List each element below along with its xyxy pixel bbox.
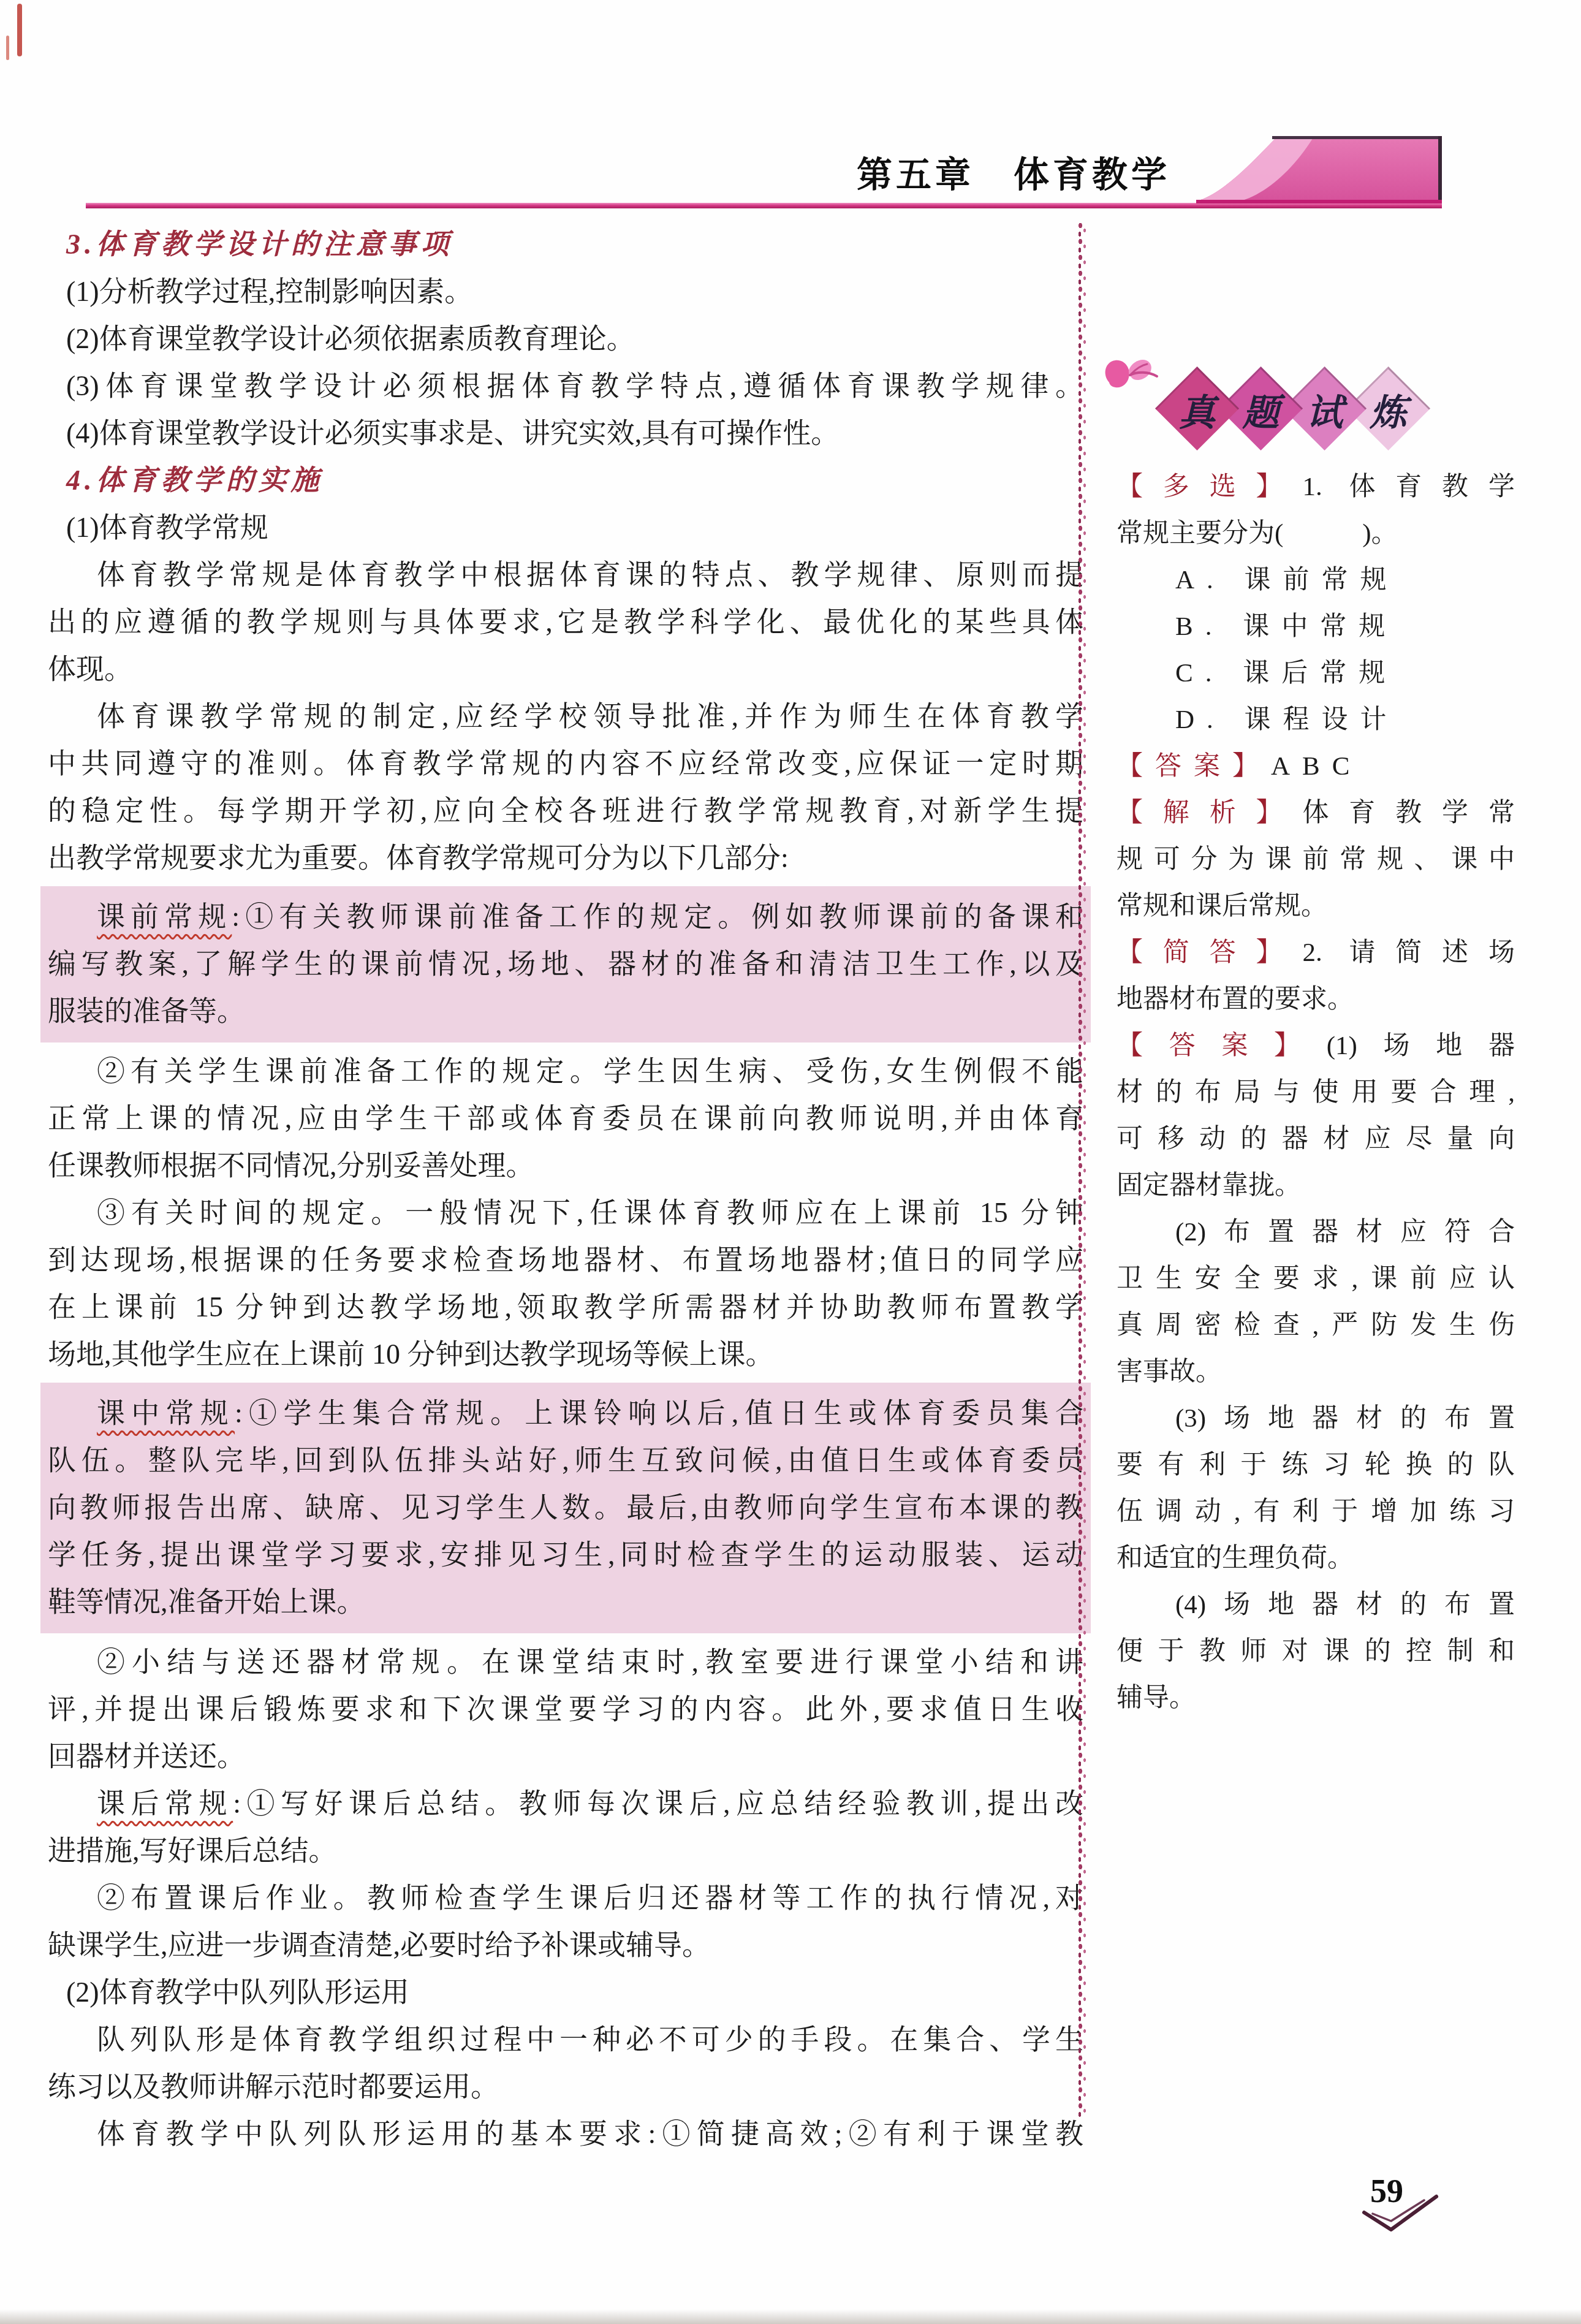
text-line: 评,并提出课后锻炼要求和下次课堂要学习的内容。此外,要求值日生收 — [48, 1685, 1083, 1733]
exam-text-line: (3)场地器材的布置 — [1117, 1396, 1515, 1442]
exam-label: 【答案】 — [1117, 1031, 1327, 1060]
exam-text-line: 固定器材靠拢。 — [1117, 1163, 1515, 1209]
banner-diamond: 真 — [1155, 366, 1239, 450]
text-line: 服装的准备等。 — [40, 987, 1091, 1042]
text-line: 练习以及教师讲解示范时都要运用。 — [48, 2063, 1083, 2110]
exam-text-line: 常规和课后常规。 — [1117, 883, 1515, 930]
exam-labeled-line: 【多选】1. 体育教学 — [1117, 464, 1515, 511]
wavy-underlined-term: 课后常规 — [97, 1788, 233, 1819]
text-line: (1)体育教学常规 — [48, 504, 1083, 551]
exam-text-line: 和适宜的生理负荷。 — [1117, 1535, 1515, 1582]
text-line: 中共同遵守的准则。体育教学常规的内容不应经常改变,应保证一定时期 — [48, 740, 1083, 787]
wavy-underlined-term: 课前常规 — [97, 901, 232, 932]
text-line: ③有关时间的规定。一般情况下,任课体育教师应在上课前 15 分钟 — [48, 1189, 1083, 1236]
exam-label: 【解析】 — [1117, 799, 1303, 827]
text-line: 在上课前 15 分钟到达教学场地,领取教学所需器材并协助教师布置教学 — [48, 1283, 1083, 1331]
text-line: 正常上课的情况,应由学生干部或体育委员在课前向教师说明,并由体育 — [48, 1095, 1083, 1142]
exam-text-line: 可移动的器材应尽量向 — [1117, 1116, 1515, 1163]
text-line: 的稳定性。每学期开学初,应向全校各班进行教学常规教育,对新学生提 — [48, 787, 1083, 834]
scan-bottom-shadow — [0, 2309, 1581, 2324]
text-line: 缺课学生,应进一步调查清楚,必要时给予补课或辅导。 — [48, 1921, 1083, 1969]
section-heading: 3.体育教学设计的注意事项 — [48, 221, 1083, 268]
text-line: 向教师报告出席、缺席、见习学生人数。最后,由教师向学生宣布本课的教 — [40, 1484, 1091, 1531]
exam-labeled-line: 【解析】体育教学常 — [1117, 790, 1515, 837]
exam-text-line: 辅导。 — [1117, 1675, 1515, 1722]
exam-text-line: D. 课程设计 — [1117, 697, 1515, 743]
exam-text-line: C. 课后常规 — [1117, 650, 1515, 697]
scan-ink-mark — [17, 4, 22, 56]
text-line: 场地,其他学生应在上课前 10 分钟到达教学现场等候上课。 — [48, 1331, 1083, 1378]
text-line: ②小结与送还器材常规。在课堂结束时,教室要进行课堂小结和讲 — [48, 1638, 1083, 1685]
text-line: 到达现场,根据课的任务要求检查场地器材、布置场地器材;值日的同学应 — [48, 1236, 1083, 1283]
text-line: 出的应遵循的教学规则与具体要求,它是教学科学化、最优化的某些具体 — [48, 598, 1083, 645]
exam-sidebar-column: 【多选】1. 体育教学常规主要分为( )。A. 课前常规B. 课中常规C. 课后… — [1117, 464, 1515, 1722]
exam-text-line: 常规主要分为( )。 — [1117, 511, 1515, 557]
text-line: (2)体育课堂教学设计必须依据素质教育理论。 — [48, 315, 1083, 362]
text-line: 回器材并送还。 — [48, 1733, 1083, 1780]
text-line: 编写教案,了解学生的课前情况,场地、器材的准备和清洁卫生工作,以及 — [40, 940, 1091, 987]
main-text-column: 3.体育教学设计的注意事项(1)分析教学过程,控制影响因素。(2)体育课堂教学设… — [48, 221, 1083, 2157]
text-line: (3)体育课堂教学设计必须根据体育教学特点,遵循体育课教学规律。 — [48, 362, 1083, 409]
text-line: 队伍。整队完毕,回到队伍排头站好,师生互致问候,由值日生或体育委员 — [40, 1437, 1091, 1484]
text-line: 出教学常规要求尤为重要。体育教学常规可分为以下几部分: — [48, 834, 1083, 881]
text-line: 课后常规:①写好课后总结。教师每次课后,应总结经验教训,提出改 — [48, 1780, 1083, 1827]
exam-text-line: 害事故。 — [1117, 1349, 1515, 1396]
text-line: 体现。 — [48, 645, 1083, 693]
exam-text-line: 规可分为课前常规、课中 — [1117, 837, 1515, 883]
text-line: 体育课教学常规的制定,应经学校领导批准,并作为师生在体育教学 — [48, 693, 1083, 740]
text-line: (1)分析教学过程,控制影响因素。 — [48, 268, 1083, 315]
text-line: 队列队形是体育教学组织过程中一种必不可少的手段。在集合、学生 — [48, 2016, 1083, 2063]
text-line: ②布置课后作业。教师检查学生课后归还器材等工作的执行情况,对 — [48, 1874, 1083, 1921]
exam-text-line: 卫生安全要求,课前应认 — [1117, 1256, 1515, 1302]
exam-text-line: (2)布置器材应符合 — [1117, 1209, 1515, 1256]
exam-text-line: 要有利于练习轮换的队 — [1117, 1442, 1515, 1489]
text-line: 课中常规:①学生集合常规。上课铃响以后,值日生或体育委员集合 — [40, 1383, 1091, 1437]
checkmark-icon — [1359, 2192, 1445, 2236]
exam-text-line: 地器材布置的要求。 — [1117, 976, 1515, 1023]
text-line: 体育教学常规是体育教学中根据体育课的特点、教学规律、原则而提 — [48, 551, 1083, 598]
banner-char: 真 — [1179, 384, 1216, 436]
text-line: 体育教学中队列队形运用的基本要求:①简捷高效;②有利于课堂教 — [48, 2110, 1083, 2157]
banner-char: 题 — [1243, 384, 1280, 436]
exam-label: 【多选】 — [1117, 473, 1303, 501]
text-line: 任课教师根据不同情况,分别妥善处理。 — [48, 1142, 1083, 1189]
text-line: (2)体育教学中队列队形运用 — [48, 1969, 1083, 2016]
exam-text-line: (4)场地器材的布置 — [1117, 1582, 1515, 1628]
banner-char: 试 — [1306, 384, 1343, 436]
exam-labeled-line: 【答案】(1)场地器 — [1117, 1023, 1515, 1069]
chapter-title: 第五章 体育教学 — [857, 146, 1170, 197]
text-line: 课前常规:①有关教师课前准备工作的规定。例如教师课前的备课和 — [40, 886, 1091, 940]
exam-label: 【简答】 — [1117, 938, 1303, 967]
exam-text-line: B. 课中常规 — [1117, 604, 1515, 650]
exam-text-line: 便于教师对课的控制和 — [1117, 1628, 1515, 1675]
header-ribbon — [1192, 135, 1445, 211]
banner-char: 炼 — [1370, 384, 1407, 436]
stitch-border — [1077, 222, 1088, 2119]
textbook-page: 第五章 体育教学 3.体育教学设计的注意事项(1)分析教学过程,控制影响因素。(… — [0, 0, 1581, 2324]
exam-text-line: 真周密检查,严防发生伤 — [1117, 1302, 1515, 1349]
exam-label: 【答案】 — [1117, 752, 1271, 781]
exam-text-line: A. 课前常规 — [1117, 557, 1515, 604]
wavy-underlined-term: 课中常规 — [97, 1397, 235, 1429]
exam-labeled-line: 【简答】2. 请简述场 — [1117, 930, 1515, 976]
text-line: ②有关学生课前准备工作的规定。学生因生病、受伤,女生例假不能 — [48, 1047, 1083, 1095]
text-line: (4)体育课堂教学设计必须实事求是、讲究实效,具有可操作性。 — [48, 409, 1083, 457]
exam-labeled-line: 【答案】ABC — [1117, 743, 1515, 790]
butterfly-icon — [1101, 347, 1162, 403]
section-heading: 4.体育教学的实施 — [48, 457, 1083, 504]
exam-text-line: 材的布局与使用要合理, — [1117, 1069, 1515, 1116]
text-line: 进措施,写好课后总结。 — [48, 1827, 1083, 1874]
text-line: 鞋等情况,准备开始上课。 — [40, 1578, 1091, 1633]
exam-text-line: 伍调动,有利于增加练习 — [1117, 1489, 1515, 1535]
text-line: 学任务,提出课堂学习要求,安排见习生,同时检查学生的运动服装、运动 — [40, 1531, 1091, 1578]
scan-ink-mark — [6, 36, 9, 60]
